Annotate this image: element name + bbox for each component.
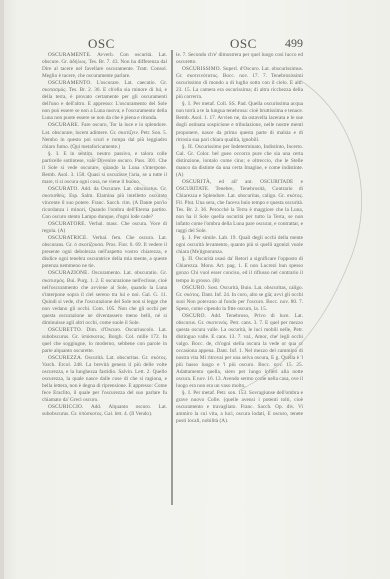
page-number: 499 (285, 36, 303, 51)
headword: §. II. (182, 144, 193, 150)
headword: OSCURATORE. (48, 221, 86, 227)
headword: OSCURISSIMO. (182, 66, 221, 72)
headword: OSCURATRICE. (48, 235, 88, 241)
dictionary-entry: §. II. Oscurissimo per Indeterminato, In… (176, 144, 303, 179)
headword: OSCURAMENTO. (48, 80, 92, 86)
entry-text: Per metaf. Petr. son. 153. Sovragiunse d… (176, 390, 303, 424)
entry-text: Add. Tenebroso, Privo di luce. Lat. obsc… (176, 313, 303, 389)
dictionary-entry: OSCURITÀ, ed all' ant. OSCURITADE e OSCU… (176, 179, 303, 235)
entry-text: le. 7. Secondo ch'e' dimostrera per quel… (176, 52, 303, 65)
headword: OSCURARE. (48, 122, 79, 128)
entry-text: ed all' ant. OSCURITADE e OSCURITATE. Te… (176, 179, 303, 234)
dictionary-entry: OSCURAZIONE. Oscuramento. Lat. obscurati… (42, 270, 167, 326)
headword: §. I. (182, 390, 192, 396)
entry-text: Oscurissimo per Indeterminato, Indistint… (176, 144, 303, 178)
dictionary-entry: OSCURATRICE. Verbal. fem. Che oscura. La… (42, 235, 167, 270)
headword: OSCURO. (182, 313, 206, 319)
entry-text: Per metaf. Coll. SS. Pad. Quella oscuris… (176, 101, 303, 142)
entry-text: Oscurità. Lat. obscuritas. Gr. σκότος. V… (42, 355, 167, 403)
dictionary-entry: §. I. E in sentim. neutro passivo, e tal… (42, 151, 167, 186)
column-divider (171, 50, 173, 505)
scanned-page: OSC OSC 499 OSCURAMENTE. Avverb. Con osc… (0, 0, 390, 579)
dictionary-entry: OSCURARE. Fare oscuro, Tor la luce e lo … (42, 122, 167, 150)
entry-text: Oscurità usasi da' Retori a significare … (176, 256, 303, 283)
running-header: OSC OSC 499 (42, 36, 306, 52)
dictionary-entry: §. I. Per metaf. Coll. SS. Pad. Quella o… (176, 101, 303, 143)
running-head-right: OSC (230, 36, 257, 52)
dictionary-entry: OSCURISSIMO. Superl. d'Oscuro. Lat. obsc… (176, 66, 303, 101)
dictionary-entry: OSCURICCIO. Add. Alquanto oscuro. Lat. s… (42, 404, 167, 418)
headword: OSCURAZIONE. (48, 270, 89, 276)
headword: §. I. (48, 151, 60, 157)
headword: OSCURATO. (48, 186, 79, 192)
entry-text: L'oscurare. Lat. caecatio. Gr. σκοτασμός… (42, 80, 167, 121)
dictionary-entry: §. II. Oscurità usasi da' Retori a signi… (176, 256, 303, 284)
page-binding-edge (0, 0, 4, 579)
entry-text: Oscuramento. Lat. obscuratio. Gr. σκοτισ… (42, 270, 167, 325)
left-column: OSCURAMENTE. Avverb. Con oscurità. Lat. … (42, 52, 167, 418)
dictionary-entry: §. I. Per simile. Lab. 19. Quali degli o… (176, 235, 303, 256)
headword: §. I. (182, 235, 192, 241)
dictionary-entry: OSCURAMENTE. Avverb. Con oscurità. Lat. … (42, 52, 167, 80)
headword: OSCURICCIO. (48, 404, 84, 410)
dictionary-entry: OSCURAMENTO. L'oscurare. Lat. caecatio. … (42, 80, 167, 122)
dictionary-entry: le. 7. Secondo ch'e' dimostrera per quel… (176, 52, 303, 66)
headword: §. I. (182, 101, 192, 107)
dictionary-entry: OSCURO. Sost. Oscurità, Buio. Lat. obscu… (176, 285, 303, 313)
right-column: le. 7. Secondo ch'e' dimostrera per quel… (176, 52, 303, 425)
dictionary-entry: §. I. Per metaf. Petr. son. 153. Sovragi… (176, 390, 303, 425)
dictionary-entry: OSCUREZZA. Oscurità. Lat. obscuritas. Gr… (42, 355, 167, 404)
headword: OSCURAMENTE. (48, 52, 91, 58)
headword: OSCURETTO. (48, 327, 82, 333)
entry-text: Per simile. Lab. 19. Quali degli occhi d… (176, 235, 303, 255)
entry-text: E in sentim. neutro passivo, e talora co… (42, 151, 167, 185)
dictionary-entry: OSCURO. Add. Tenebroso, Privo di luce. L… (176, 313, 303, 391)
dictionary-entry: OSCURATO. Add. da Oscurare. Lat. obscura… (42, 186, 167, 221)
dictionary-entry: OSCURETTO. Dim. d'Oscuro. Oscuriuscolo. … (42, 327, 167, 355)
dictionary-entry: OSCURATORE. Verbal. masc. Che oscura. Vo… (42, 221, 167, 235)
headword: §. II. (182, 256, 194, 262)
headword: OSCUREZZA. (48, 355, 83, 361)
running-head-left: OSC (88, 36, 115, 52)
headword: OSCURITÀ, (182, 179, 212, 185)
headword: OSCURO. (182, 285, 206, 291)
